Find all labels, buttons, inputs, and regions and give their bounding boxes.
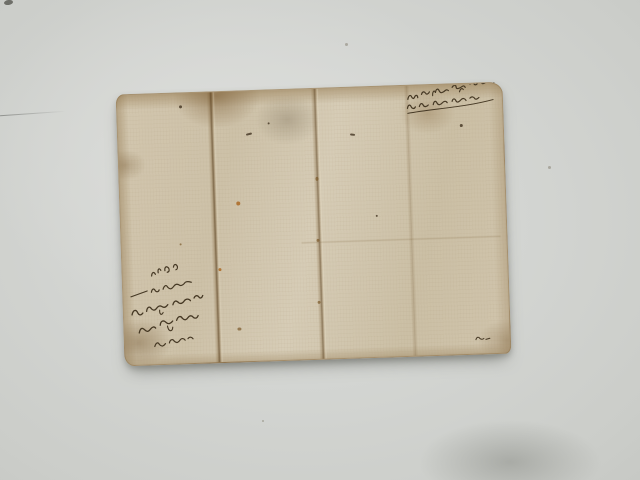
rust-speck — [218, 268, 221, 271]
backdrop-speck — [548, 166, 551, 169]
ink-speck — [460, 124, 463, 127]
ink-stroke — [151, 281, 192, 293]
backdrop-speck — [345, 43, 348, 46]
fold-crease-horizontal — [302, 235, 501, 245]
stain-speck — [318, 301, 321, 304]
manuscript-sheet — [116, 82, 512, 367]
ink-stroke — [407, 96, 479, 108]
ink-inscription-top-right — [404, 82, 500, 116]
fold-crease-center — [311, 89, 328, 359]
stain-speck — [237, 327, 241, 330]
photo-backdrop — [0, 0, 640, 480]
stain-speck — [180, 243, 182, 245]
ink-speck — [246, 132, 252, 135]
ink-stroke — [407, 82, 495, 99]
backdrop-speck-top-left — [4, 0, 14, 6]
ink-stroke — [131, 295, 205, 317]
ink-stroke — [476, 337, 490, 340]
ink-stroke — [154, 336, 193, 347]
ink-stroke — [138, 313, 200, 332]
backdrop-scratch — [0, 111, 66, 117]
ink-speck — [350, 133, 355, 136]
stain-speck — [315, 177, 318, 181]
stain-speck — [316, 239, 319, 242]
ink-stroke — [407, 100, 493, 114]
rust-speck — [236, 201, 240, 205]
backdrop-speck — [262, 420, 264, 422]
fold-crease-left — [207, 92, 224, 362]
ink-speck — [268, 122, 270, 124]
ink-speck — [376, 215, 378, 217]
ink-mark-bottom-right — [475, 333, 491, 343]
fold-crease-right — [403, 86, 418, 356]
ink-speck — [179, 105, 182, 108]
ink-stroke — [432, 89, 463, 96]
ink-stroke — [159, 310, 163, 315]
ink-stroke — [167, 325, 173, 331]
ink-stroke — [150, 264, 178, 276]
ink-stroke — [130, 291, 147, 297]
ink-inscription-left-rotated — [120, 253, 228, 367]
